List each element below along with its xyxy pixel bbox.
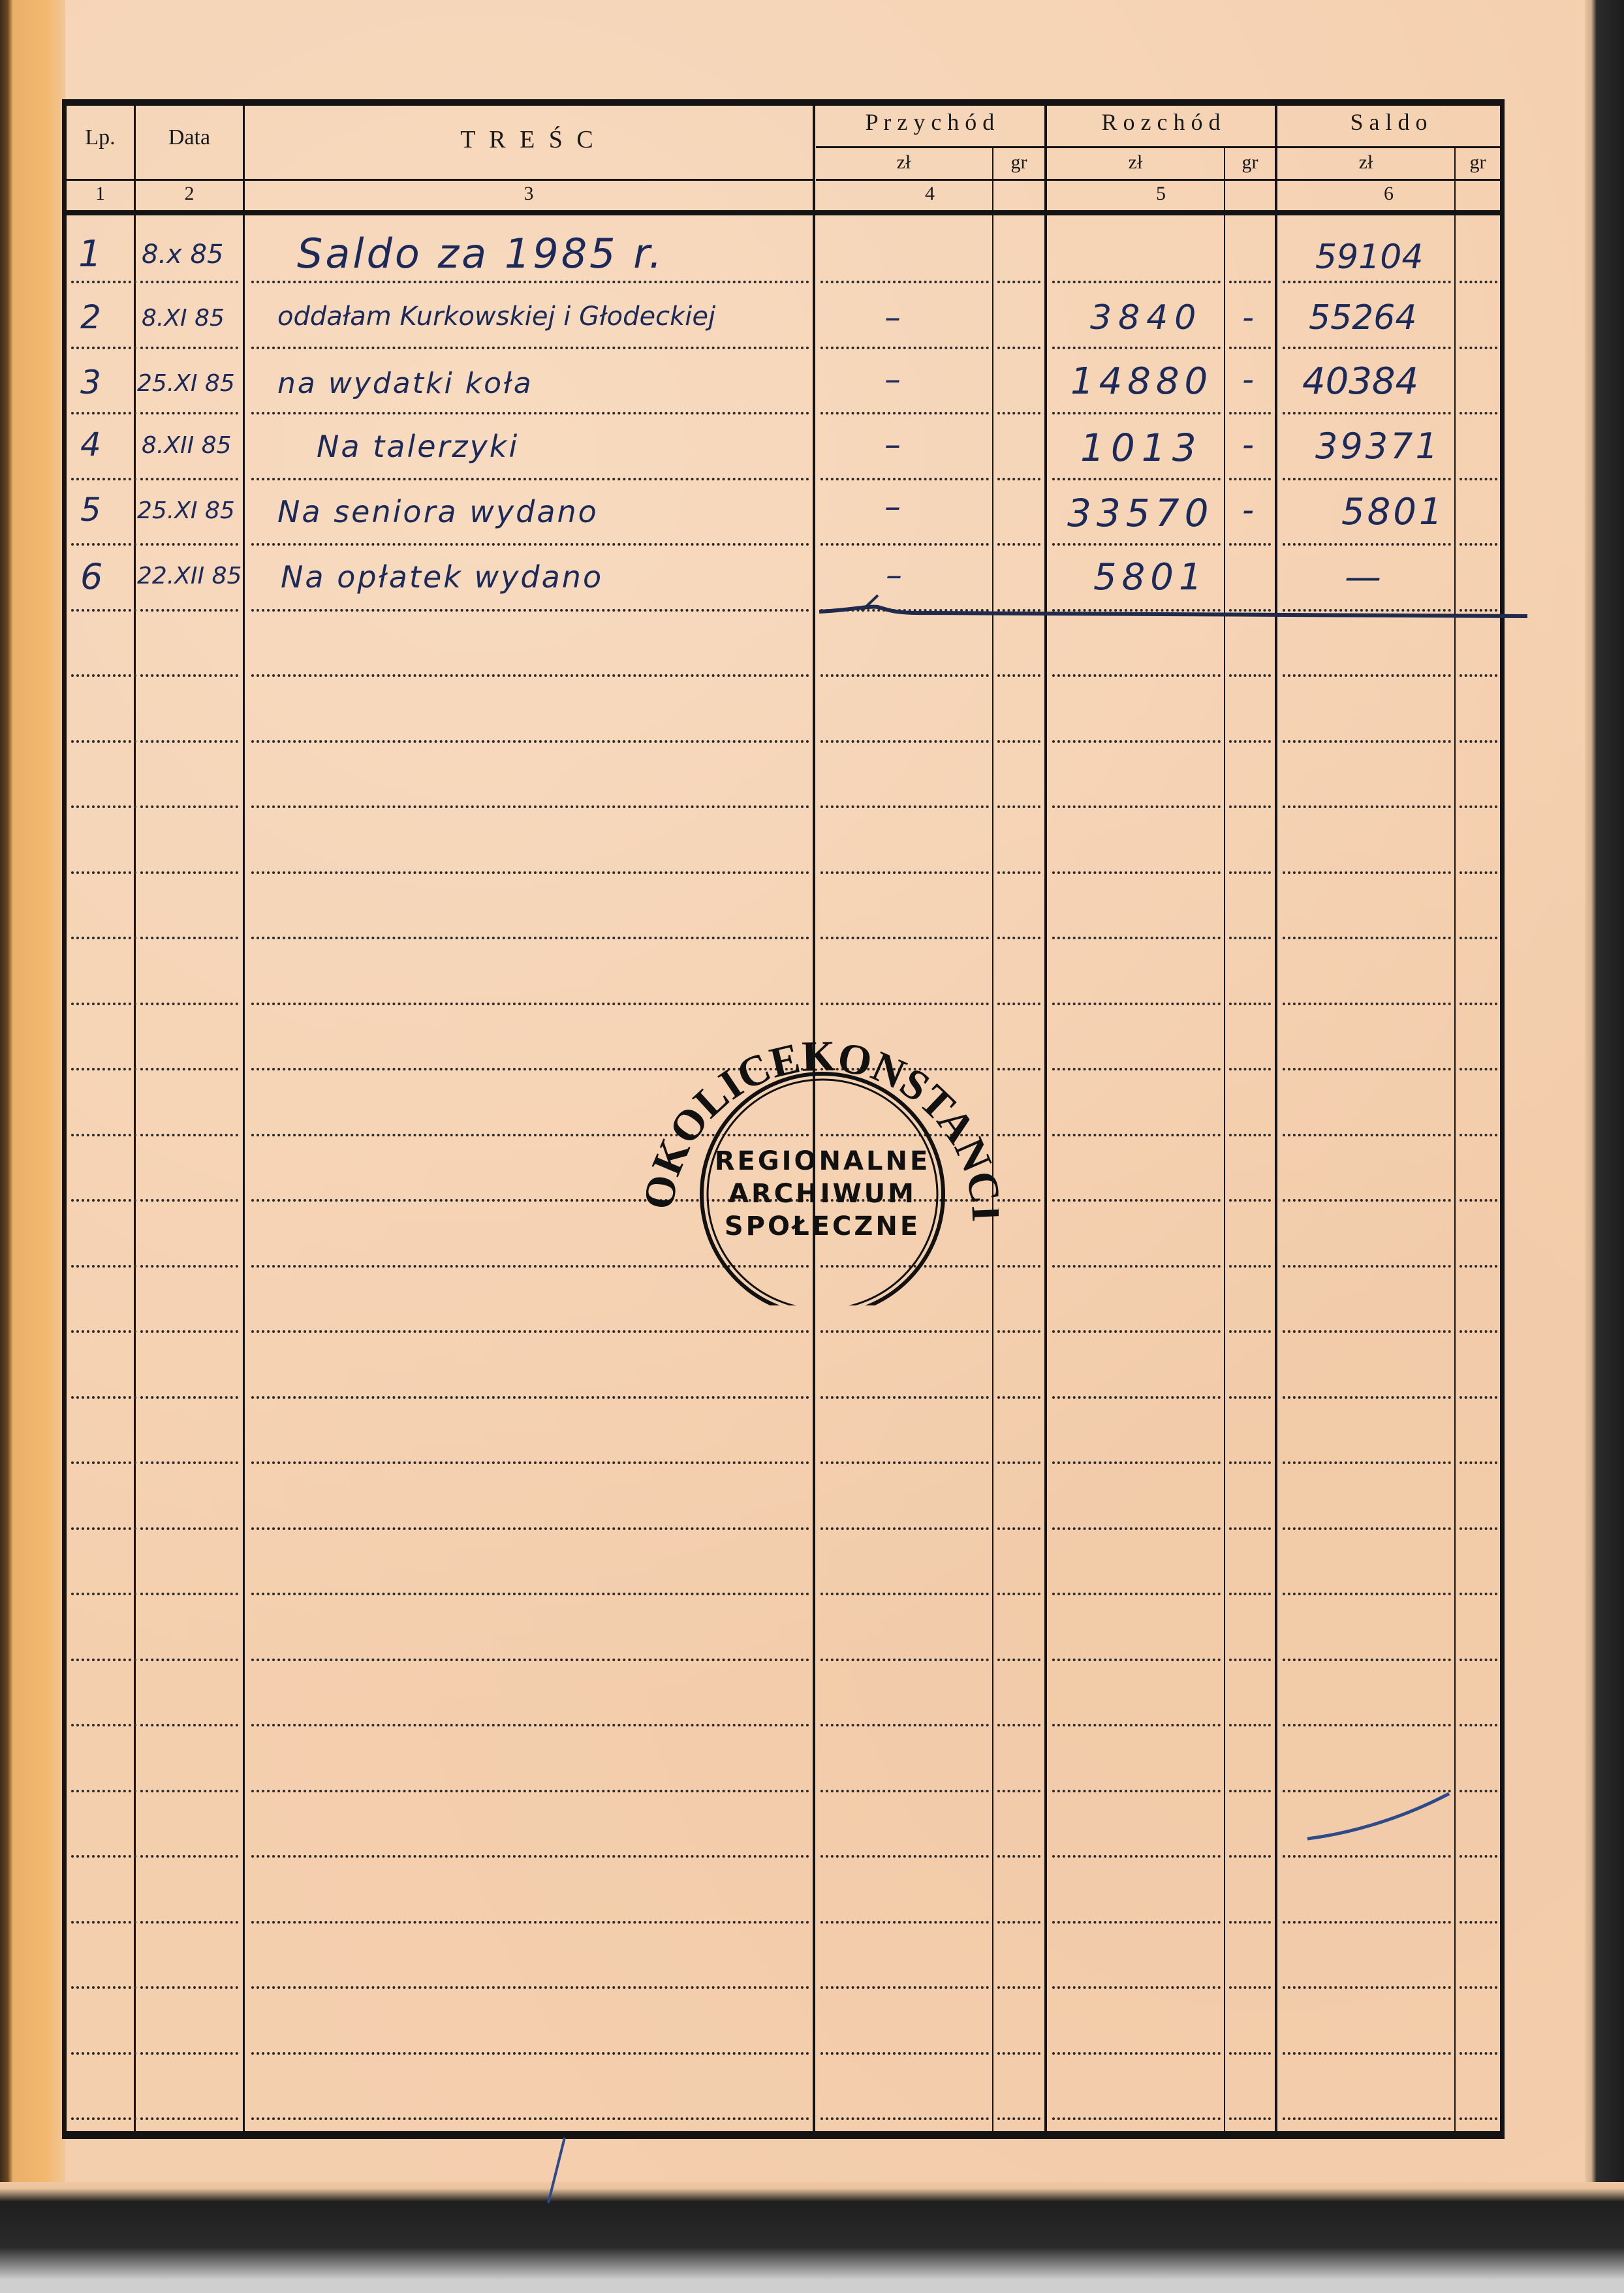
archive-stamp: OKOLICEKONSTANCINA.PL REGIONALNE ARCHIWU… [646,999,999,1305]
stamp-line-1: REGIONALNE [715,1146,931,1176]
stamp-logo-icon: OKOLICEKONSTANCINA.PL REGIONALNE ARCHIWU… [646,999,999,1305]
stamp-line-2: ARCHIWUM [728,1179,916,1209]
stamp-line-3: SPOŁECZNE [725,1211,920,1241]
